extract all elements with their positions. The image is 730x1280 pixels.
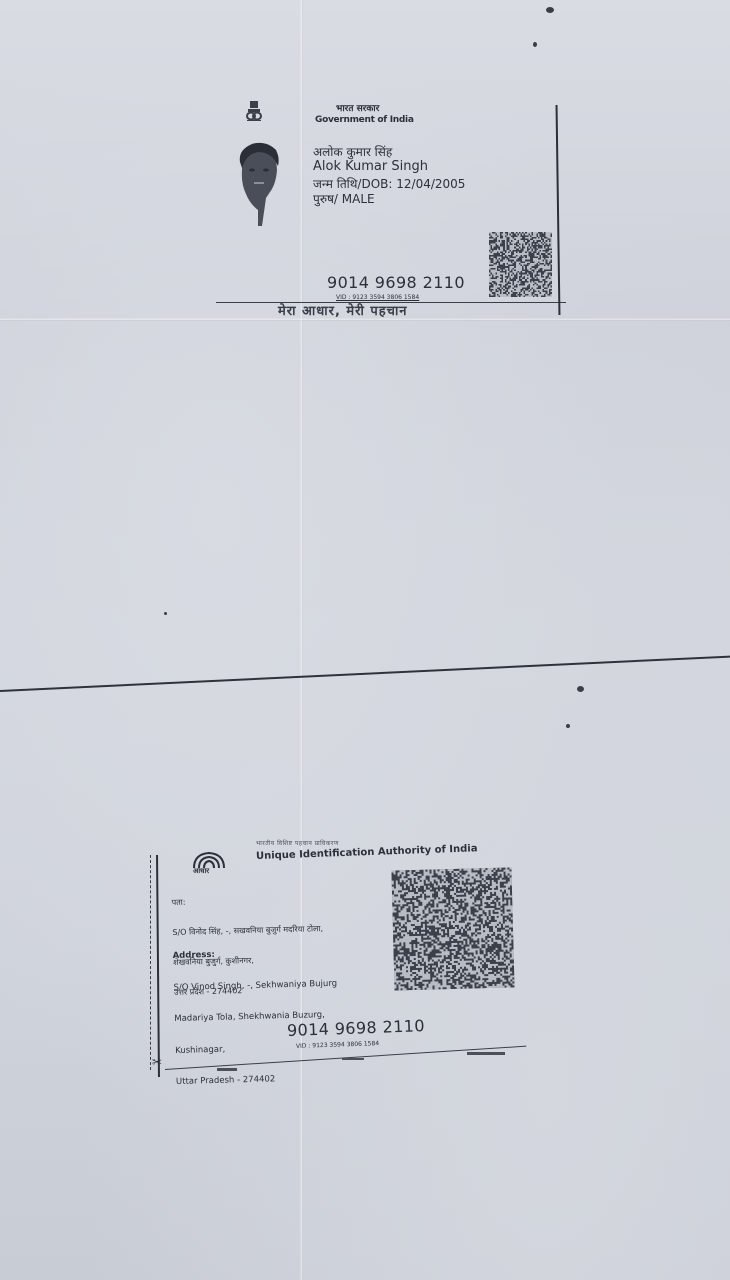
gender: पुरुष/ MALE (313, 190, 375, 207)
cut-line (0, 655, 730, 692)
authority-hindi: भारतीय विशिष्ट पहचान प्राधिकरण (256, 839, 339, 847)
holder-photo (232, 140, 284, 226)
cut-guide-dashed (150, 855, 151, 1070)
name-english: Alok Kumar Singh (313, 159, 428, 174)
qr-code (391, 867, 514, 990)
speck (533, 42, 537, 47)
speck (566, 724, 570, 728)
card-left-edge (156, 855, 160, 1077)
qr-code (489, 232, 552, 297)
speck (164, 612, 167, 615)
tagline: मेरा आधार, मेरी पहचान (278, 301, 408, 319)
address-english-line: Uttar Pradesh - 274402 (176, 1073, 340, 1088)
aadhaar-number: 9014 9698 2110 (287, 1016, 426, 1040)
speck (546, 7, 554, 13)
vid-number: VID : 9123 3594 3806 1584 (336, 294, 419, 301)
name-hindi: अलोक कुमार सिंह (313, 143, 392, 160)
address-english: Address: S/O Vinod Singh, -, Sekhwaniya … (172, 926, 340, 1109)
paper-sheet: भारत सरकार Government of India अलोक कुमा… (0, 0, 730, 1280)
header-hindi: भारत सरकार (336, 101, 379, 114)
aadhaar-number: 9014 9698 2110 (327, 273, 465, 292)
print-mark (467, 1052, 505, 1055)
card-right-edge (556, 105, 561, 315)
aadhaar-logo-text: आधार (193, 867, 209, 876)
national-emblem-icon (245, 100, 263, 122)
print-mark (342, 1058, 364, 1060)
scissors-icon: ✂ (152, 1055, 162, 1069)
vid-number: VID : 9123 3594 3806 1584 (296, 1040, 379, 1050)
address-english-line: S/O Vinod Singh, -, Sekhwaniya Bujurg (173, 978, 337, 993)
address-label: Address: (173, 947, 337, 962)
print-mark (217, 1068, 237, 1071)
speck (577, 686, 584, 692)
address-hindi-line: पता: (172, 894, 323, 908)
header-english: Government of India (315, 115, 414, 125)
